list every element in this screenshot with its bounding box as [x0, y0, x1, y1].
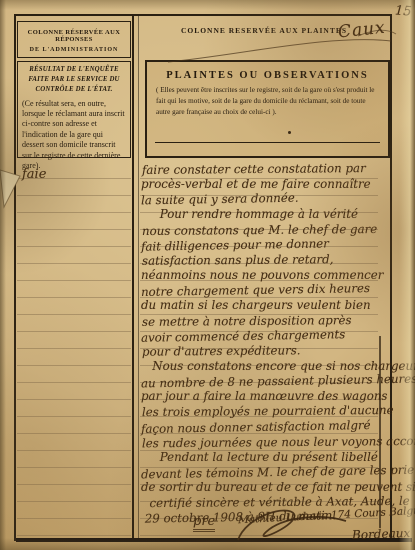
result-box: RÉSULTAT DE L'ENQUÊTE FAITE PAR LE SERVI…	[17, 61, 131, 158]
ink-speck	[288, 131, 291, 134]
margin-note: faie	[22, 167, 46, 182]
page-number: 15	[394, 3, 412, 19]
observations-title: PLAINTES OU OBSERVATIONS	[147, 70, 388, 81]
observations-box: PLAINTES OU OBSERVATIONS ( Elles peuvent…	[145, 60, 390, 158]
handwriting-line: les rudes journées que nous leur voyons …	[142, 433, 415, 451]
handwriting-line: nous constatons que M. le chef de gare	[142, 222, 377, 239]
handwriting-line: procès-verbal et de me faire connaître	[141, 177, 371, 192]
signature-city: Bordeaux	[352, 526, 411, 542]
handwriting-line: pour d'autres expéditeurs.	[142, 343, 301, 359]
handwriting-line: Pour rendre hommage à la vérité	[141, 207, 358, 222]
observations-inner-rule	[155, 142, 380, 144]
column-divider-inner	[138, 14, 139, 541]
column-divider	[132, 14, 134, 541]
left-header-line1: COLONNE RÉSERVÉE AUX RÉPONSES	[18, 29, 130, 43]
observations-body: ( Elles peuvent être inscrites sur le re…	[147, 81, 388, 117]
handwriting-line: faire constater cette constatation par	[142, 161, 366, 178]
handwriting-line: par jour a faire la manœuvre des wagons	[141, 389, 388, 404]
signature-abbrev: pre	[193, 514, 215, 532]
result-box-body: (Ce résultat sera, en outre, lorsque le …	[22, 99, 126, 172]
handwriting-line: du matin si les chargeurs veulent bien	[141, 298, 371, 313]
left-column-header-box: COLONNE RÉSERVÉE AUX RÉPONSES DE L'ADMIN…	[17, 21, 131, 58]
handwriting-line: avoir commencé des chargements	[141, 327, 346, 346]
left-header-line2: DE L'ADMINISTRATION	[18, 47, 130, 53]
handwriting-line: de sortir du bureau et de ce fait ne peu…	[141, 480, 415, 495]
handwriting-line: Pendant la lecture du présent libellé	[141, 450, 378, 465]
document-scan: COLONNE RÉSERVÉE AUX RÉPONSES DE L'ADMIN…	[0, 0, 415, 550]
result-box-title: RÉSULTAT DE L'ENQUÊTE FAITE PAR LE SERVI…	[22, 65, 126, 96]
handwriting-line: satisfaction sans plus de retard,	[142, 252, 334, 269]
handwriting-line: la suite qui y sera donnée.	[141, 191, 299, 209]
